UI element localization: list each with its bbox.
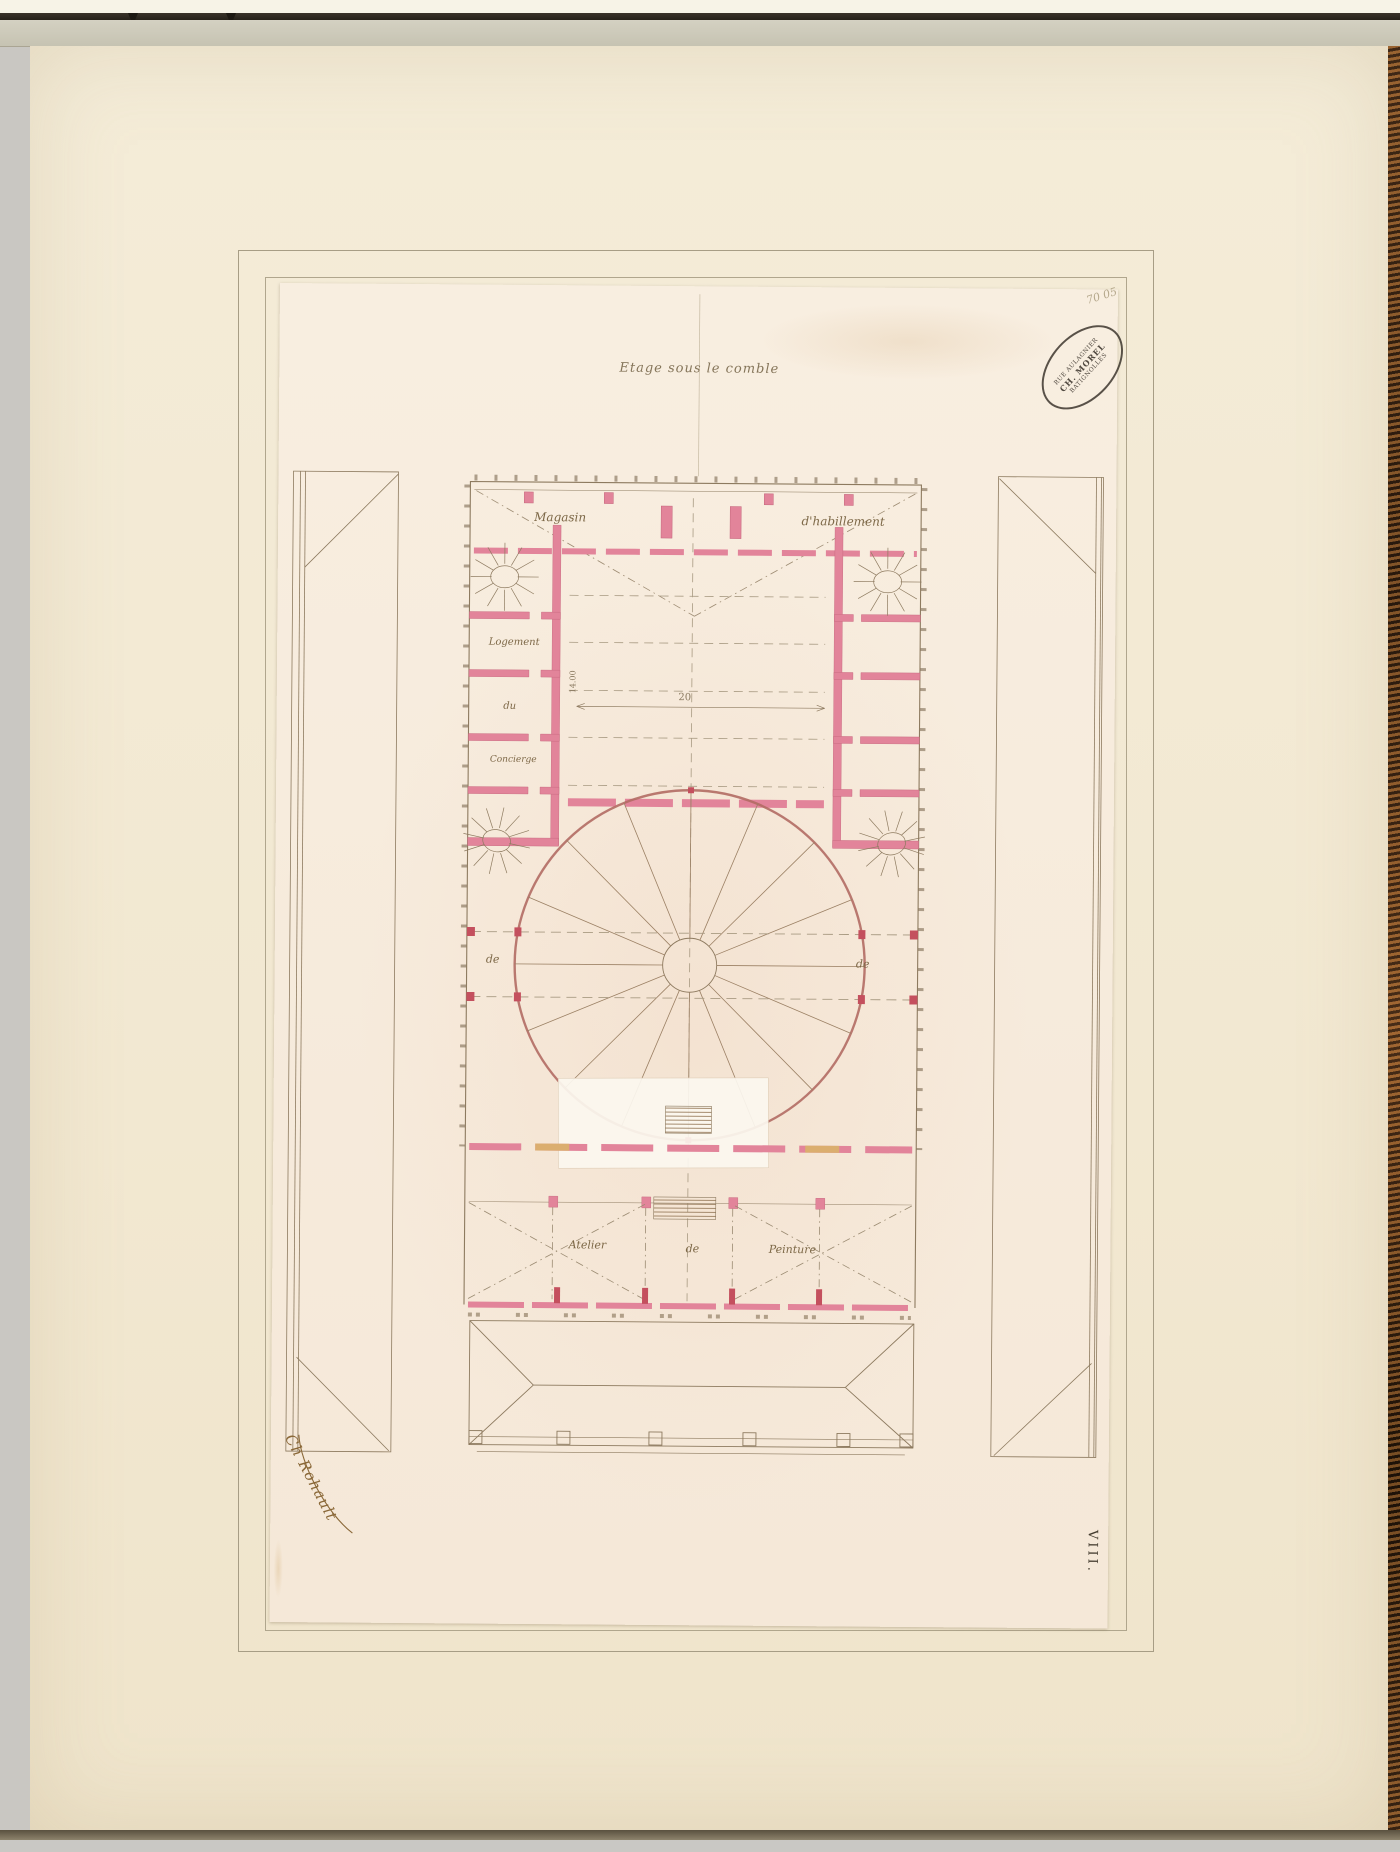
drawing-title: Etage sous le comble xyxy=(589,360,809,377)
room-label-peinture: Peinture xyxy=(742,1243,842,1257)
binding-edge-right xyxy=(1388,46,1400,1832)
room-label-habillement: d'habillement xyxy=(773,514,913,529)
collection-stamp: RUE AULAGNIER CH. MOREL BATIGNOLLES xyxy=(1021,309,1142,426)
dimension-label-height: 14.00 xyxy=(568,662,577,702)
album-page: Etage sous le comble Magasin d'habilleme… xyxy=(30,46,1390,1832)
room-label-de-right: de xyxy=(843,957,883,970)
room-label-magasin: Magasin xyxy=(510,510,610,525)
page-edge-top xyxy=(0,0,1400,14)
gutter-shadow xyxy=(0,13,1400,20)
page-edge-bottom xyxy=(0,1830,1400,1840)
floor-plan-drawing xyxy=(269,283,1117,1629)
room-label-de-mid: de xyxy=(672,1242,712,1255)
dimension-label-width: 20 xyxy=(665,692,705,703)
page-block-edge xyxy=(0,20,1400,47)
scanner-background xyxy=(0,1840,1400,1852)
room-label-de-left: de xyxy=(473,953,513,966)
stamp-oval: RUE AULAGNIER CH. MOREL BATIGNOLLES xyxy=(1026,310,1139,426)
room-label-du: du xyxy=(460,700,560,712)
plate-number: VIII. xyxy=(1084,1530,1099,1574)
drawing-sheet: Etage sous le comble Magasin d'habilleme… xyxy=(269,283,1117,1629)
room-label-logement: Logement xyxy=(464,636,564,648)
room-label-concierge: Concierge xyxy=(463,754,563,765)
album-scan: Etage sous le comble Magasin d'habilleme… xyxy=(0,0,1400,1852)
room-label-atelier: Atelier xyxy=(537,1238,637,1252)
